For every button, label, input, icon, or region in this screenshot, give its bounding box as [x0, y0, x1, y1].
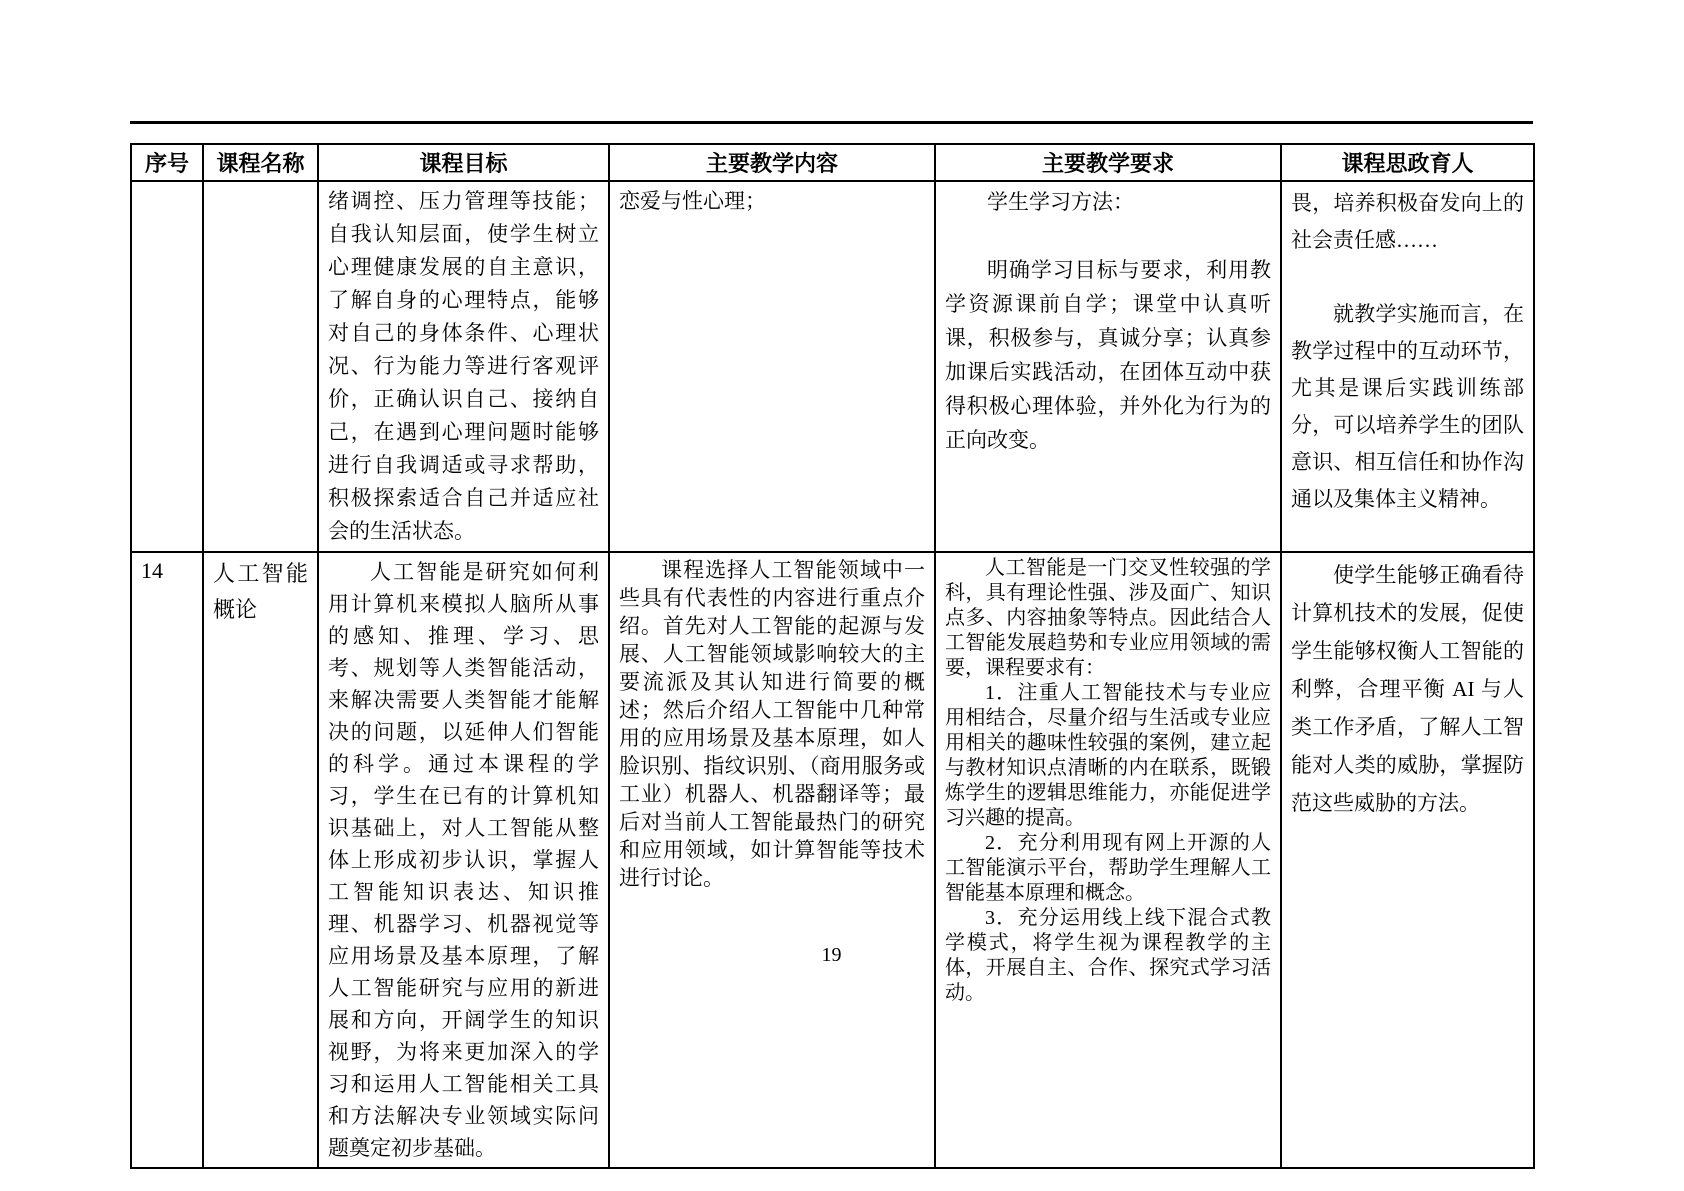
cell-course-name: [203, 181, 318, 552]
paragraph: 1．注重人工智能技术与专业应用相结合，尽量介绍与生活或专业应用相关的趣味性较强的…: [945, 681, 1271, 831]
courses-table: 序号 课程名称 课程目标 主要教学内容 主要教学要求 课程思政育人 绪调控、压力…: [130, 143, 1535, 1169]
table-row-14: 14 人工智能概论 人工智能是研究如何利用计算机来模拟人脑所从事的感知、推理、学…: [131, 552, 1534, 1168]
cell-teaching-requirements: 学生学习方法： 明确学习目标与要求，利用教学资源课前自学；课堂中认真听课，积极参…: [935, 181, 1281, 552]
cell-teaching-content: 课程选择人工智能领域中一些具有代表性的内容进行重点介绍。首先对人工智能的起源与发…: [609, 552, 935, 1168]
cell-course-no: [131, 181, 203, 552]
col-header-teaching-content: 主要教学内容: [609, 144, 935, 181]
cell-ideology-education: 畏，培养积极奋发向上的社会责任感…… 就教学实施而言，在教学过程中的互动环节，尤…: [1281, 181, 1534, 552]
col-header-teaching-requirements: 主要教学要求: [935, 144, 1281, 181]
cell-course-no: 14: [131, 552, 203, 1168]
col-header-ideology-education: 课程思政育人: [1281, 144, 1534, 181]
cell-ideology-education: 使学生能够正确看待计算机技术的发展，促使学生能够权衡人工智能的利弊，合理平衡 A…: [1281, 552, 1534, 1168]
cell-teaching-requirements: 人工智能是一门交叉性较强的学科，具有理论性强、涉及面广、知识点多、内容抽象等特点…: [935, 552, 1281, 1168]
paragraph: 课程选择人工智能领域中一些具有代表性的内容进行重点介绍。首先对人工智能的起源与发…: [619, 556, 925, 892]
paragraph: 人工智能是研究如何利用计算机来模拟人脑所从事的感知、推理、学习、思考、规划等人类…: [328, 556, 599, 1164]
col-header-course-name: 课程名称: [203, 144, 318, 181]
paragraph: 畏，培养积极奋发向上的社会责任感……: [1291, 185, 1524, 259]
paragraph: 使学生能够正确看待计算机技术的发展，促使学生能够权衡人工智能的利弊，合理平衡 A…: [1291, 556, 1524, 822]
table-row-continued: 绪调控、压力管理等技能；自我认知层面，使学生树立心理健康发展的自主意识，了解自身…: [131, 181, 1534, 552]
paragraph: 2．充分利用现有网上开源的人工智能演示平台，帮助学生理解人工智能基本原理和概念。: [945, 831, 1271, 906]
header-rule: [130, 121, 1533, 124]
paragraph: 恋爱与性心理；: [619, 185, 925, 218]
cell-teaching-content: 恋爱与性心理；: [609, 181, 935, 552]
col-header-course-no: 序号: [131, 144, 203, 181]
table-header-row: 序号 课程名称 课程目标 主要教学内容 主要教学要求 课程思政育人: [131, 144, 1534, 181]
col-header-course-goal: 课程目标: [318, 144, 609, 181]
paragraph: 人工智能是一门交叉性较强的学科，具有理论性强、涉及面广、知识点多、内容抽象等特点…: [945, 556, 1271, 681]
paragraph: 绪调控、压力管理等技能；自我认知层面，使学生树立心理健康发展的自主意识，了解自身…: [328, 185, 599, 548]
cell-course-goal: 绪调控、压力管理等技能；自我认知层面，使学生树立心理健康发展的自主意识，了解自身…: [318, 181, 609, 552]
cell-course-goal: 人工智能是研究如何利用计算机来模拟人脑所从事的感知、推理、学习、思考、规划等人类…: [318, 552, 609, 1168]
paragraph: 学生学习方法：: [945, 185, 1271, 219]
paragraph: 就教学实施而言，在教学过程中的互动环节，尤其是课后实践训练部分，可以培养学生的团…: [1291, 296, 1524, 518]
page-number: 19: [130, 944, 1533, 967]
paragraph: 明确学习目标与要求，利用教学资源课前自学；课堂中认真听课，积极参与，真诚分享；认…: [945, 253, 1271, 457]
cell-course-name: 人工智能概论: [203, 552, 318, 1168]
document-page: 序号 课程名称 课程目标 主要教学内容 主要教学要求 课程思政育人 绪调控、压力…: [0, 0, 1684, 1191]
